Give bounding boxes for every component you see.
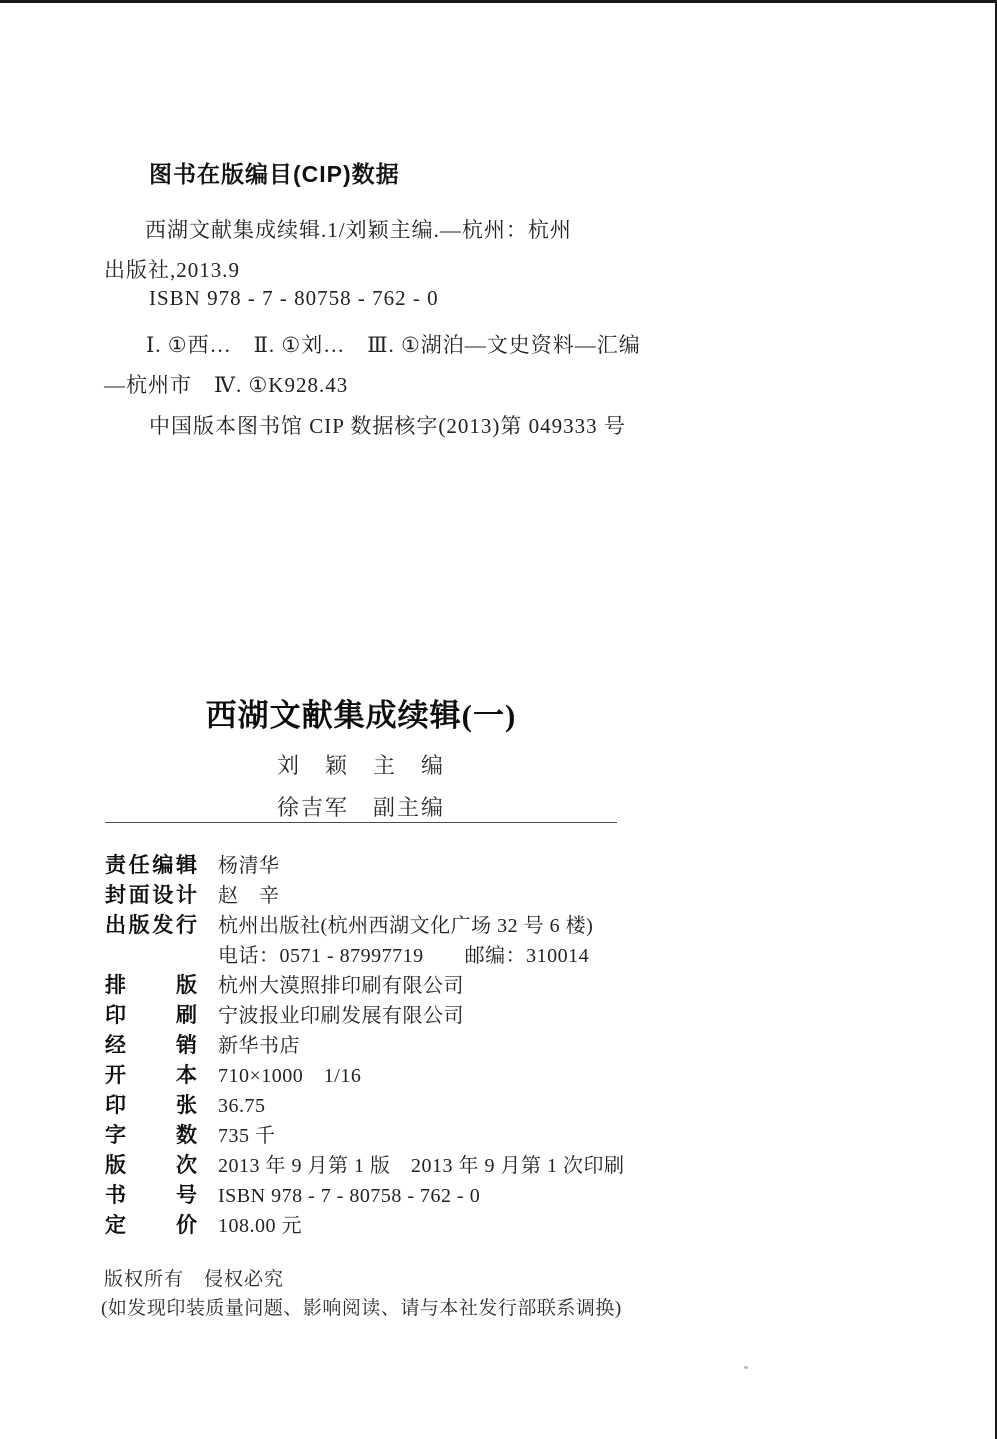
row-value: ISBN 978 - 7 - 80758 - 762 - 0 — [218, 1181, 480, 1211]
row-value: 2013 年 9 月第 1 版 2013 年 9 月第 1 次印刷 — [218, 1151, 625, 1181]
row-value: 新华书店 — [218, 1031, 300, 1061]
cip-heading: 图书在版编目(CIP)数据 — [149, 156, 400, 189]
table-row: 经销 新华书店 — [105, 1031, 965, 1061]
row-label: 印张 — [105, 1091, 197, 1121]
row-label: 出版发行 — [105, 911, 197, 941]
row-value: 电话：0571 - 87997719 邮编：310014 — [218, 941, 589, 971]
table-row: 定价 108.00 元 — [105, 1211, 965, 1241]
row-label: 字数 — [105, 1121, 197, 1151]
row-value: 赵 辛 — [218, 881, 280, 911]
row-label: 开本 — [105, 1061, 197, 1091]
chief-editor-line: 刘 颖 主 编 — [105, 749, 617, 780]
row-label: 印刷 — [105, 1001, 197, 1031]
row-label: 经销 — [105, 1031, 197, 1061]
table-row: 封面设计 赵 辛 — [105, 881, 965, 911]
publication-details-table: 责任编辑 杨清华 封面设计 赵 辛 出版发行 杭州出版社(杭州西湖文化广场 32… — [105, 851, 965, 1241]
row-value: 杨清华 — [218, 851, 280, 881]
table-row: 排版 杭州大漠照排印刷有限公司 — [105, 971, 965, 1001]
copyright-notice: 版权所有 侵权必究 — [104, 1264, 284, 1291]
scan-edge-top — [0, 0, 997, 3]
book-copyright-page: 图书在版编目(CIP)数据 西湖文献集成续辑.1/刘颖主编.—杭州：杭州 出版社… — [0, 0, 997, 1439]
table-row: 书号 ISBN 978 - 7 - 80758 - 762 - 0 — [105, 1181, 965, 1211]
cip-classification-line: —杭州市 Ⅳ. ①K928.43 — [104, 369, 348, 399]
row-value: 杭州大漠照排印刷有限公司 — [218, 971, 464, 1001]
row-value: 735 千 — [218, 1121, 276, 1151]
title-block: 西湖文献集成续辑(一) 刘 颖 主 编 徐吉军 副主编 — [105, 690, 617, 822]
table-row: 印张 36.75 — [105, 1091, 965, 1121]
cip-catalog-line: 出版社,2013.9 — [104, 254, 240, 284]
cip-record-number-line: 中国版本图书馆 CIP 数据核字(2013)第 049333 号 — [149, 410, 626, 440]
row-label: 定价 — [105, 1211, 197, 1241]
row-value: 杭州出版社(杭州西湖文化广场 32 号 6 楼) — [218, 911, 593, 941]
row-label: 排版 — [105, 971, 197, 1001]
table-row: 责任编辑 杨清华 — [105, 851, 965, 881]
book-title: 西湖文献集成续辑(一) — [105, 690, 617, 735]
cip-isbn-line: ISBN 978 - 7 - 80758 - 762 - 0 — [149, 286, 439, 311]
cip-classification-line: Ⅰ. ①西… Ⅱ. ①刘… Ⅲ. ①湖泊—文史资料—汇编 — [146, 329, 641, 359]
table-row: 电话：0571 - 87997719 邮编：310014 — [105, 941, 965, 971]
deputy-editor-line: 徐吉军 副主编 — [105, 791, 617, 822]
row-label: 版次 — [105, 1151, 197, 1181]
table-row: 开本 710×1000 1/16 — [105, 1061, 965, 1091]
table-row: 字数 735 千 — [105, 1121, 965, 1151]
row-label: 封面设计 — [105, 881, 197, 911]
row-label: 书号 — [105, 1181, 197, 1211]
row-value: 108.00 元 — [218, 1211, 302, 1241]
row-value: 710×1000 1/16 — [218, 1061, 361, 1091]
row-value: 36.75 — [218, 1091, 266, 1121]
cip-catalog-line: 西湖文献集成续辑.1/刘颖主编.—杭州：杭州 — [145, 214, 572, 244]
table-row: 版次 2013 年 9 月第 1 版 2013 年 9 月第 1 次印刷 — [105, 1151, 965, 1181]
table-row: 出版发行 杭州出版社(杭州西湖文化广场 32 号 6 楼) — [105, 911, 965, 941]
divider-line — [105, 822, 617, 823]
row-label: 责任编辑 — [105, 851, 197, 881]
row-value: 宁波报业印刷发展有限公司 — [218, 1001, 464, 1031]
scan-artifact-speck — [744, 1366, 748, 1369]
quality-exchange-note: (如发现印装质量问题、影响阅读、请与本社发行部联系调换) — [101, 1293, 622, 1320]
table-row: 印刷 宁波报业印刷发展有限公司 — [105, 1001, 965, 1031]
